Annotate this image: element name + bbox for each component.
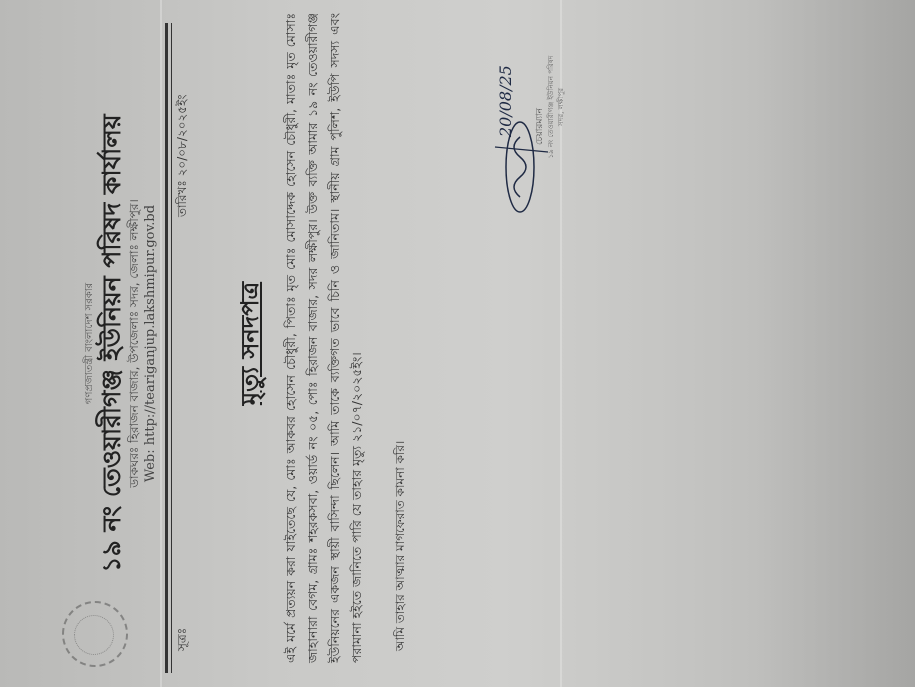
stamp-line: সদর, লক্ষীপুর [556,47,566,167]
reference-label: সূত্রঃ [174,628,194,651]
signature-date: 20/08/25 [496,65,515,137]
certificate-title: মৃত্যু সনদপত্র [232,0,272,687]
office-website: Web: http://teariganjup.lakshmipur.gov.b… [143,0,158,687]
certificate-body: এই মর্মে প্রত্যয়ন করা যাইতেছে যে, মোঃ আ… [280,13,368,663]
header-divider [165,23,168,673]
certificate-page: গণপ্রজাতন্ত্রী বাংলাদেশ সরকার ১৯ নং তেওয… [0,0,915,687]
issue-date: তারিখঃ ২০/০৮/২০২৫ইং [174,95,194,218]
signatory-stamp: ১৯ নং তেওয়ারীগঞ্জ ইউনিয়ন পরিষদ সদর, লক… [546,47,566,167]
signatory-designation: চেয়ারম্যান [532,108,547,145]
signature-block: 20/08/25 চেয়ারম্যান ১৯ নং তেওয়ারীগঞ্জ … [490,37,620,217]
closing-line: আমি তাহার আত্মার মাগফেরাত কামনা করি। [392,441,412,651]
header-divider-thin [171,23,172,673]
stamp-line: ১৯ নং তেওয়ারীগঞ্জ ইউনিয়ন পরিষদ [546,47,556,167]
